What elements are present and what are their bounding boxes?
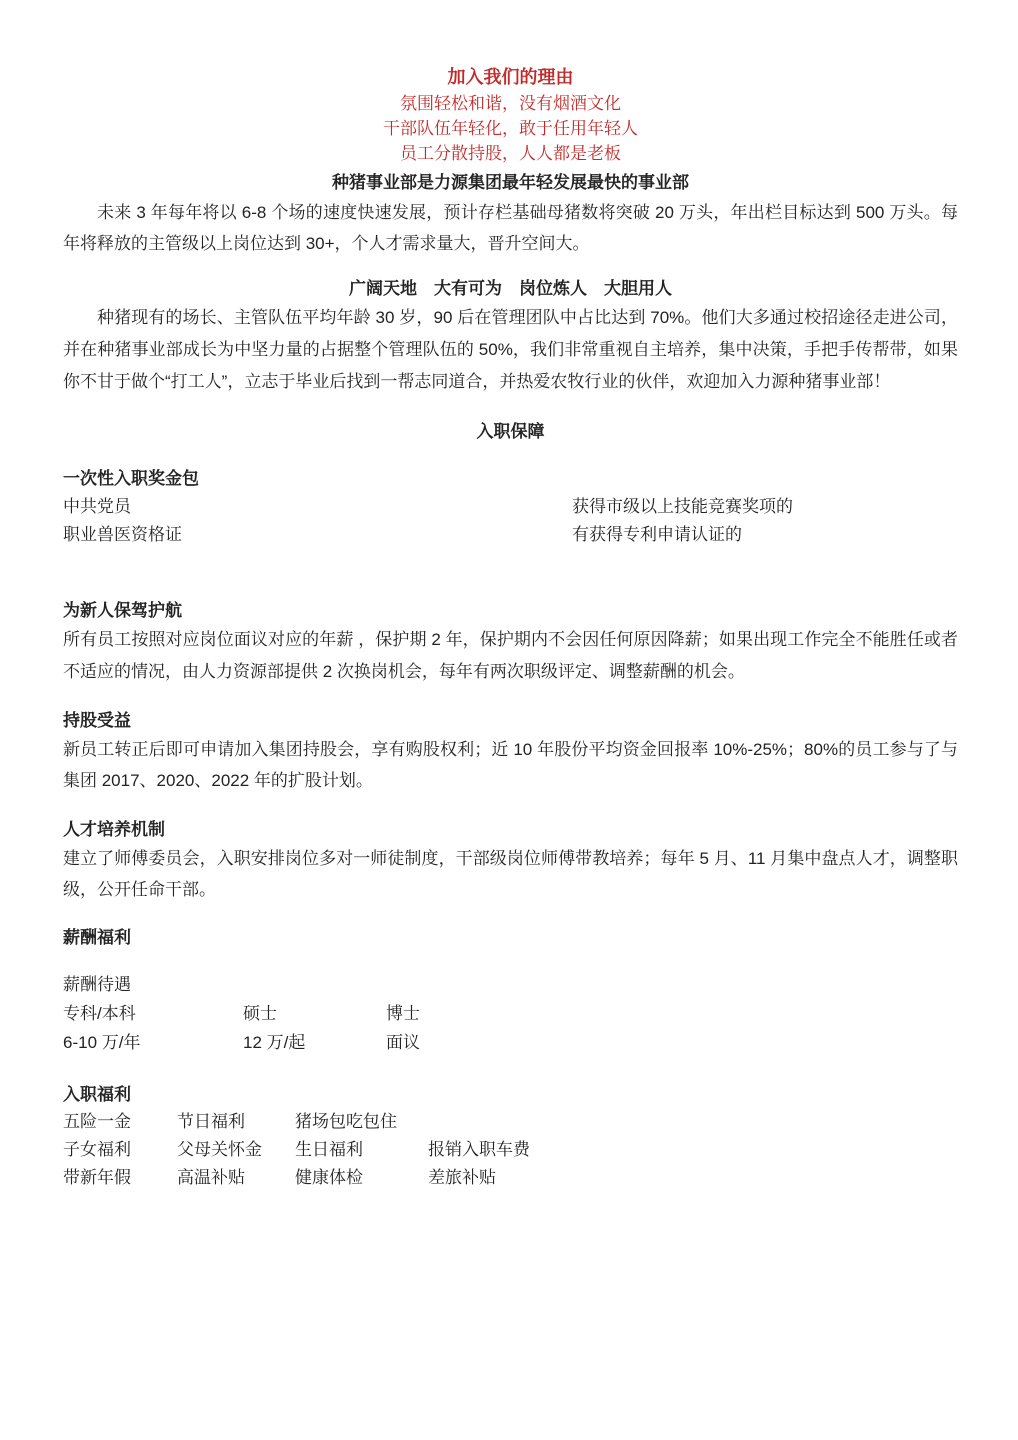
- guarantee-heading: 入职保障: [63, 417, 958, 442]
- benefit-item: 高温补贴: [177, 1164, 295, 1192]
- benefits-heading: 入职福利: [63, 1080, 958, 1105]
- compensation-heading: 薪酬福利: [63, 923, 958, 948]
- document-page: 加入我们的理由 氛围轻松和谐，没有烟酒文化 干部队伍年轻化，敢于任用年轻人 员工…: [0, 0, 1018, 1440]
- intro-slogan: 员工分散持股，人人都是老板: [63, 141, 958, 166]
- section-heading-talent: 人才培养机制: [63, 815, 958, 840]
- bonus-item-right: 获得市级以上技能竞赛奖项的: [572, 493, 958, 521]
- intro-title: 加入我们的理由: [63, 63, 958, 89]
- intro-slogans: 氛围轻松和谐，没有烟酒文化 干部队伍年轻化，敢于任用年轻人 员工分散持股，人人都…: [63, 91, 958, 166]
- benefit-item: 差旅补贴: [428, 1164, 958, 1192]
- benefit-item: 健康体检: [295, 1164, 428, 1192]
- salary-degree-header: 博士: [386, 999, 958, 1028]
- section-heading-shareholding: 持股受益: [63, 706, 958, 731]
- benefit-item: 父母关怀金: [177, 1136, 295, 1164]
- salary-value: 6-10 万/年: [63, 1028, 243, 1057]
- salary-degree-header: 专科/本科: [63, 999, 243, 1028]
- vision-heading: 广阔天地 大有可为 岗位炼人 大胆用人: [63, 274, 958, 299]
- bonus-table: 中共党员 获得市级以上技能竞赛奖项的 职业兽医资格证 有获得专利申请认证的: [63, 493, 958, 549]
- salary-value: 12 万/起: [243, 1028, 386, 1057]
- benefit-item: 生日福利: [295, 1136, 428, 1164]
- benefit-item: 五险一金: [63, 1108, 177, 1136]
- salary-degree-header: 硕士: [243, 999, 386, 1028]
- salary-table: 专科/本科 硕士 博士 6-10 万/年 12 万/起 面议: [63, 999, 958, 1057]
- growth-paragraph: 未来 3 年每年将以 6-8 个场的速度快速发展，预计存栏基础母猪数将突破 20…: [63, 197, 958, 259]
- department-subtitle: 种猪事业部是力源集团最年轻发展最快的事业部: [63, 168, 958, 193]
- bonus-item-left: 职业兽医资格证: [63, 521, 572, 549]
- bonus-package-heading: 一次性入职奖金包: [63, 464, 958, 489]
- section-body-talent: 建立了师傅委员会，入职安排岗位多对一师徒制度，干部级岗位师傅带教培养；每年 5 …: [63, 843, 958, 905]
- benefit-item: 报销入职车费: [428, 1136, 958, 1164]
- section-heading-newcomer: 为新人保驾护航: [63, 596, 958, 621]
- salary-subheading: 薪酬待遇: [63, 970, 958, 995]
- bonus-item-right: 有获得专利申请认证的: [572, 521, 958, 549]
- intro-slogan: 干部队伍年轻化，敢于任用年轻人: [63, 116, 958, 141]
- salary-value: 面议: [386, 1028, 958, 1057]
- section-body-shareholding: 新员工转正后即可申请加入集团持股会，享有购股权利；近 10 年股份平均资金回报率…: [63, 734, 958, 796]
- benefit-item: 带新年假: [63, 1164, 177, 1192]
- bonus-item-left: 中共党员: [63, 493, 572, 521]
- benefit-item: 节日福利: [177, 1108, 295, 1136]
- benefit-item: 猪场包吃包住: [295, 1108, 428, 1136]
- vision-paragraph: 种猪现有的场长、主管队伍平均年龄 30 岁，90 后在管理团队中占比达到 70%…: [63, 302, 958, 398]
- intro-slogan: 氛围轻松和谐，没有烟酒文化: [63, 91, 958, 116]
- benefits-table: 五险一金 节日福利 猪场包吃包住 子女福利 父母关怀金 生日福利 报销入职车费 …: [63, 1108, 958, 1192]
- benefit-item: 子女福利: [63, 1136, 177, 1164]
- benefit-item: [428, 1108, 958, 1136]
- section-body-newcomer: 所有员工按照对应岗位面议对应的年薪 ，保护期 2 年，保护期内不会因任何原因降薪…: [63, 624, 958, 688]
